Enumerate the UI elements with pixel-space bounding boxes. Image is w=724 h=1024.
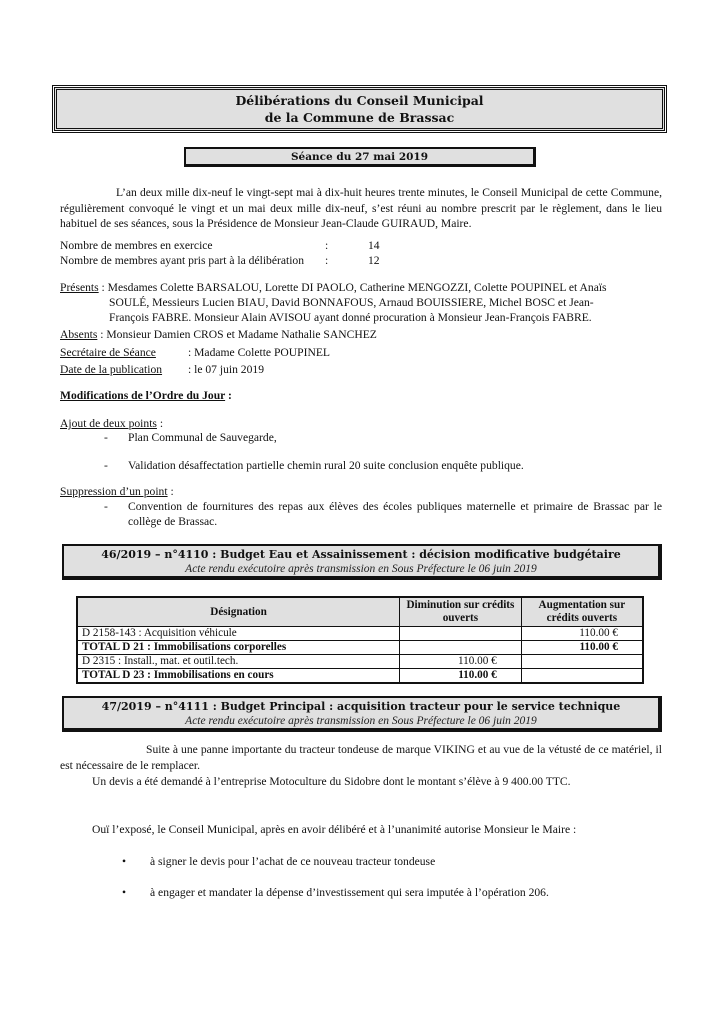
presents-line: Présents : Mesdames Colette BARSALOU, Lo… [60, 280, 662, 295]
table-row: D 2158-143 : Acquisition véhicule 110.00… [77, 627, 643, 641]
cell-diminution [400, 627, 522, 641]
cell-designation: TOTAL D 21 : Immobilisations corporelles [77, 641, 400, 655]
dash-bullet: - [104, 430, 128, 445]
deliberation-47-paragraph-2: Un devis a été demandé à l’entreprise Mo… [60, 774, 662, 790]
ajout-label-line: Ajout de deux points : [60, 416, 163, 431]
deliberation-46-subtitle: Acte rendu exécutoire après transmission… [185, 562, 537, 576]
ajout-item-text: Plan Communal de Sauvegarde, [128, 431, 277, 444]
suppression-label-line: Suppression d’un point : [60, 484, 174, 499]
presents-continuation-2: François FABRE. Monsieur Alain AVISOU ay… [109, 310, 592, 325]
header-augmentation: Augmentation sur crédits ouverts [521, 597, 643, 627]
ajout-item-text: Validation désaffectation partielle chem… [128, 459, 524, 472]
decision-bullet-item: •à signer le devis pour l’achat de ce no… [122, 854, 435, 869]
cell-augmentation: 110.00 € [521, 641, 643, 655]
cell-diminution: 110.00 € [400, 669, 522, 684]
table-row-total: TOTAL D 21 : Immobilisations corporelles… [77, 641, 643, 655]
title-line-2: de la Commune de Brassac [265, 109, 455, 126]
cell-augmentation [521, 655, 643, 669]
seance-date: Séance du 27 mai 2019 [291, 151, 428, 163]
cell-diminution [400, 641, 522, 655]
count-label: Nombre de membres en exercice [60, 238, 325, 253]
deliberation-46-header: 46/2019 – n°4110 : Budget Eau et Assaini… [62, 544, 662, 580]
budget-modification-table: Désignation Diminution sur crédits ouver… [76, 596, 644, 684]
deliberation-46-title: 46/2019 – n°4110 : Budget Eau et Assaini… [101, 547, 621, 562]
header-diminution: Diminution sur crédits ouverts [400, 597, 522, 627]
document-title-box: Délibérations du Conseil Municipal de la… [54, 87, 665, 131]
ajout-item: -Plan Communal de Sauvegarde, [104, 430, 277, 445]
cell-augmentation: 110.00 € [521, 627, 643, 641]
dash-bullet: - [104, 499, 128, 529]
table-header-row: Désignation Diminution sur crédits ouver… [77, 597, 643, 627]
presents-text: : Mesdames Colette BARSALOU, Lorette DI … [99, 281, 607, 294]
bullet-icon: • [122, 854, 150, 869]
table-row-total: TOTAL D 23 : Immobilisations en cours 11… [77, 669, 643, 684]
voter-count-row: Nombre de membres ayant pris part à la d… [60, 253, 660, 268]
intro-paragraph: L’an deux mille dix-neuf le vingt-sept m… [60, 185, 662, 232]
suppression-item-text: Convention de fournitures des repas aux … [128, 499, 662, 529]
absents-line: Absents : Monsieur Damien CROS et Madame… [60, 327, 377, 342]
bullet-icon: • [122, 885, 150, 900]
secretaire-text: : Madame Colette POUPINEL [188, 346, 330, 359]
header-designation: Désignation [77, 597, 400, 627]
count-label: Nombre de membres ayant pris part à la d… [60, 253, 325, 268]
bullet-text: à signer le devis pour l’achat de ce nou… [150, 855, 435, 868]
publication-label: Date de la publication [60, 362, 188, 377]
bullet-text: à engager et mandater la dépense d’inves… [150, 886, 549, 899]
count-sep: : [325, 253, 368, 268]
decision-bullet-item: •à engager et mandater la dépense d’inve… [122, 885, 549, 900]
secretaire-line: Secrétaire de Séance: Madame Colette POU… [60, 345, 330, 360]
presents-continuation-1: SOULÉ, Messieurs Lucien BIAU, David BONN… [109, 295, 594, 310]
deliberation-47-subtitle: Acte rendu exécutoire après transmission… [185, 714, 537, 728]
dash-bullet: - [104, 458, 128, 473]
presents-label: Présents [60, 281, 99, 294]
title-line-1: Délibérations du Conseil Municipal [235, 92, 483, 109]
absents-text: : Monsieur Damien CROS et Madame Nathali… [97, 328, 377, 341]
cell-designation: D 2315 : Install., mat. et outil.tech. [77, 655, 400, 669]
suppression-item: -Convention de fournitures des repas aux… [104, 499, 662, 529]
count-sep: : [325, 238, 368, 253]
cell-augmentation [521, 669, 643, 684]
suppression-suffix: : [168, 485, 174, 498]
heading-suffix: : [225, 389, 232, 402]
suppression-label: Suppression d’un point [60, 485, 168, 498]
cell-designation: D 2158-143 : Acquisition véhicule [77, 627, 400, 641]
ajout-item: -Validation désaffectation partielle che… [104, 458, 524, 473]
cell-diminution: 110.00 € [400, 655, 522, 669]
absents-label: Absents [60, 328, 97, 341]
decision-statement: Ouï l’exposé, le Conseil Municipal, aprè… [92, 822, 576, 837]
cell-designation: TOTAL D 23 : Immobilisations en cours [77, 669, 400, 684]
ajout-label: Ajout de deux points [60, 417, 157, 430]
member-count-row: Nombre de membres en exercice:14 [60, 238, 660, 253]
deliberation-47-paragraph-1: Suite à une panne importante du tracteur… [60, 742, 662, 773]
ajout-suffix: : [157, 417, 163, 430]
count-value: 14 [368, 239, 380, 252]
modifications-heading: Modifications de l’Ordre du Jour : [60, 388, 232, 403]
modifications-heading-text: Modifications de l’Ordre du Jour [60, 389, 225, 402]
seance-date-box: Séance du 27 mai 2019 [184, 147, 536, 167]
deliberation-47-header: 47/2019 – n°4111 : Budget Principal : ac… [62, 696, 662, 732]
publication-line: Date de la publication: le 07 juin 2019 [60, 362, 264, 377]
count-value: 12 [368, 254, 380, 267]
publication-text: : le 07 juin 2019 [188, 363, 264, 376]
deliberation-47-title: 47/2019 – n°4111 : Budget Principal : ac… [102, 699, 621, 714]
secretaire-label: Secrétaire de Séance [60, 345, 188, 360]
table-row: D 2315 : Install., mat. et outil.tech. 1… [77, 655, 643, 669]
